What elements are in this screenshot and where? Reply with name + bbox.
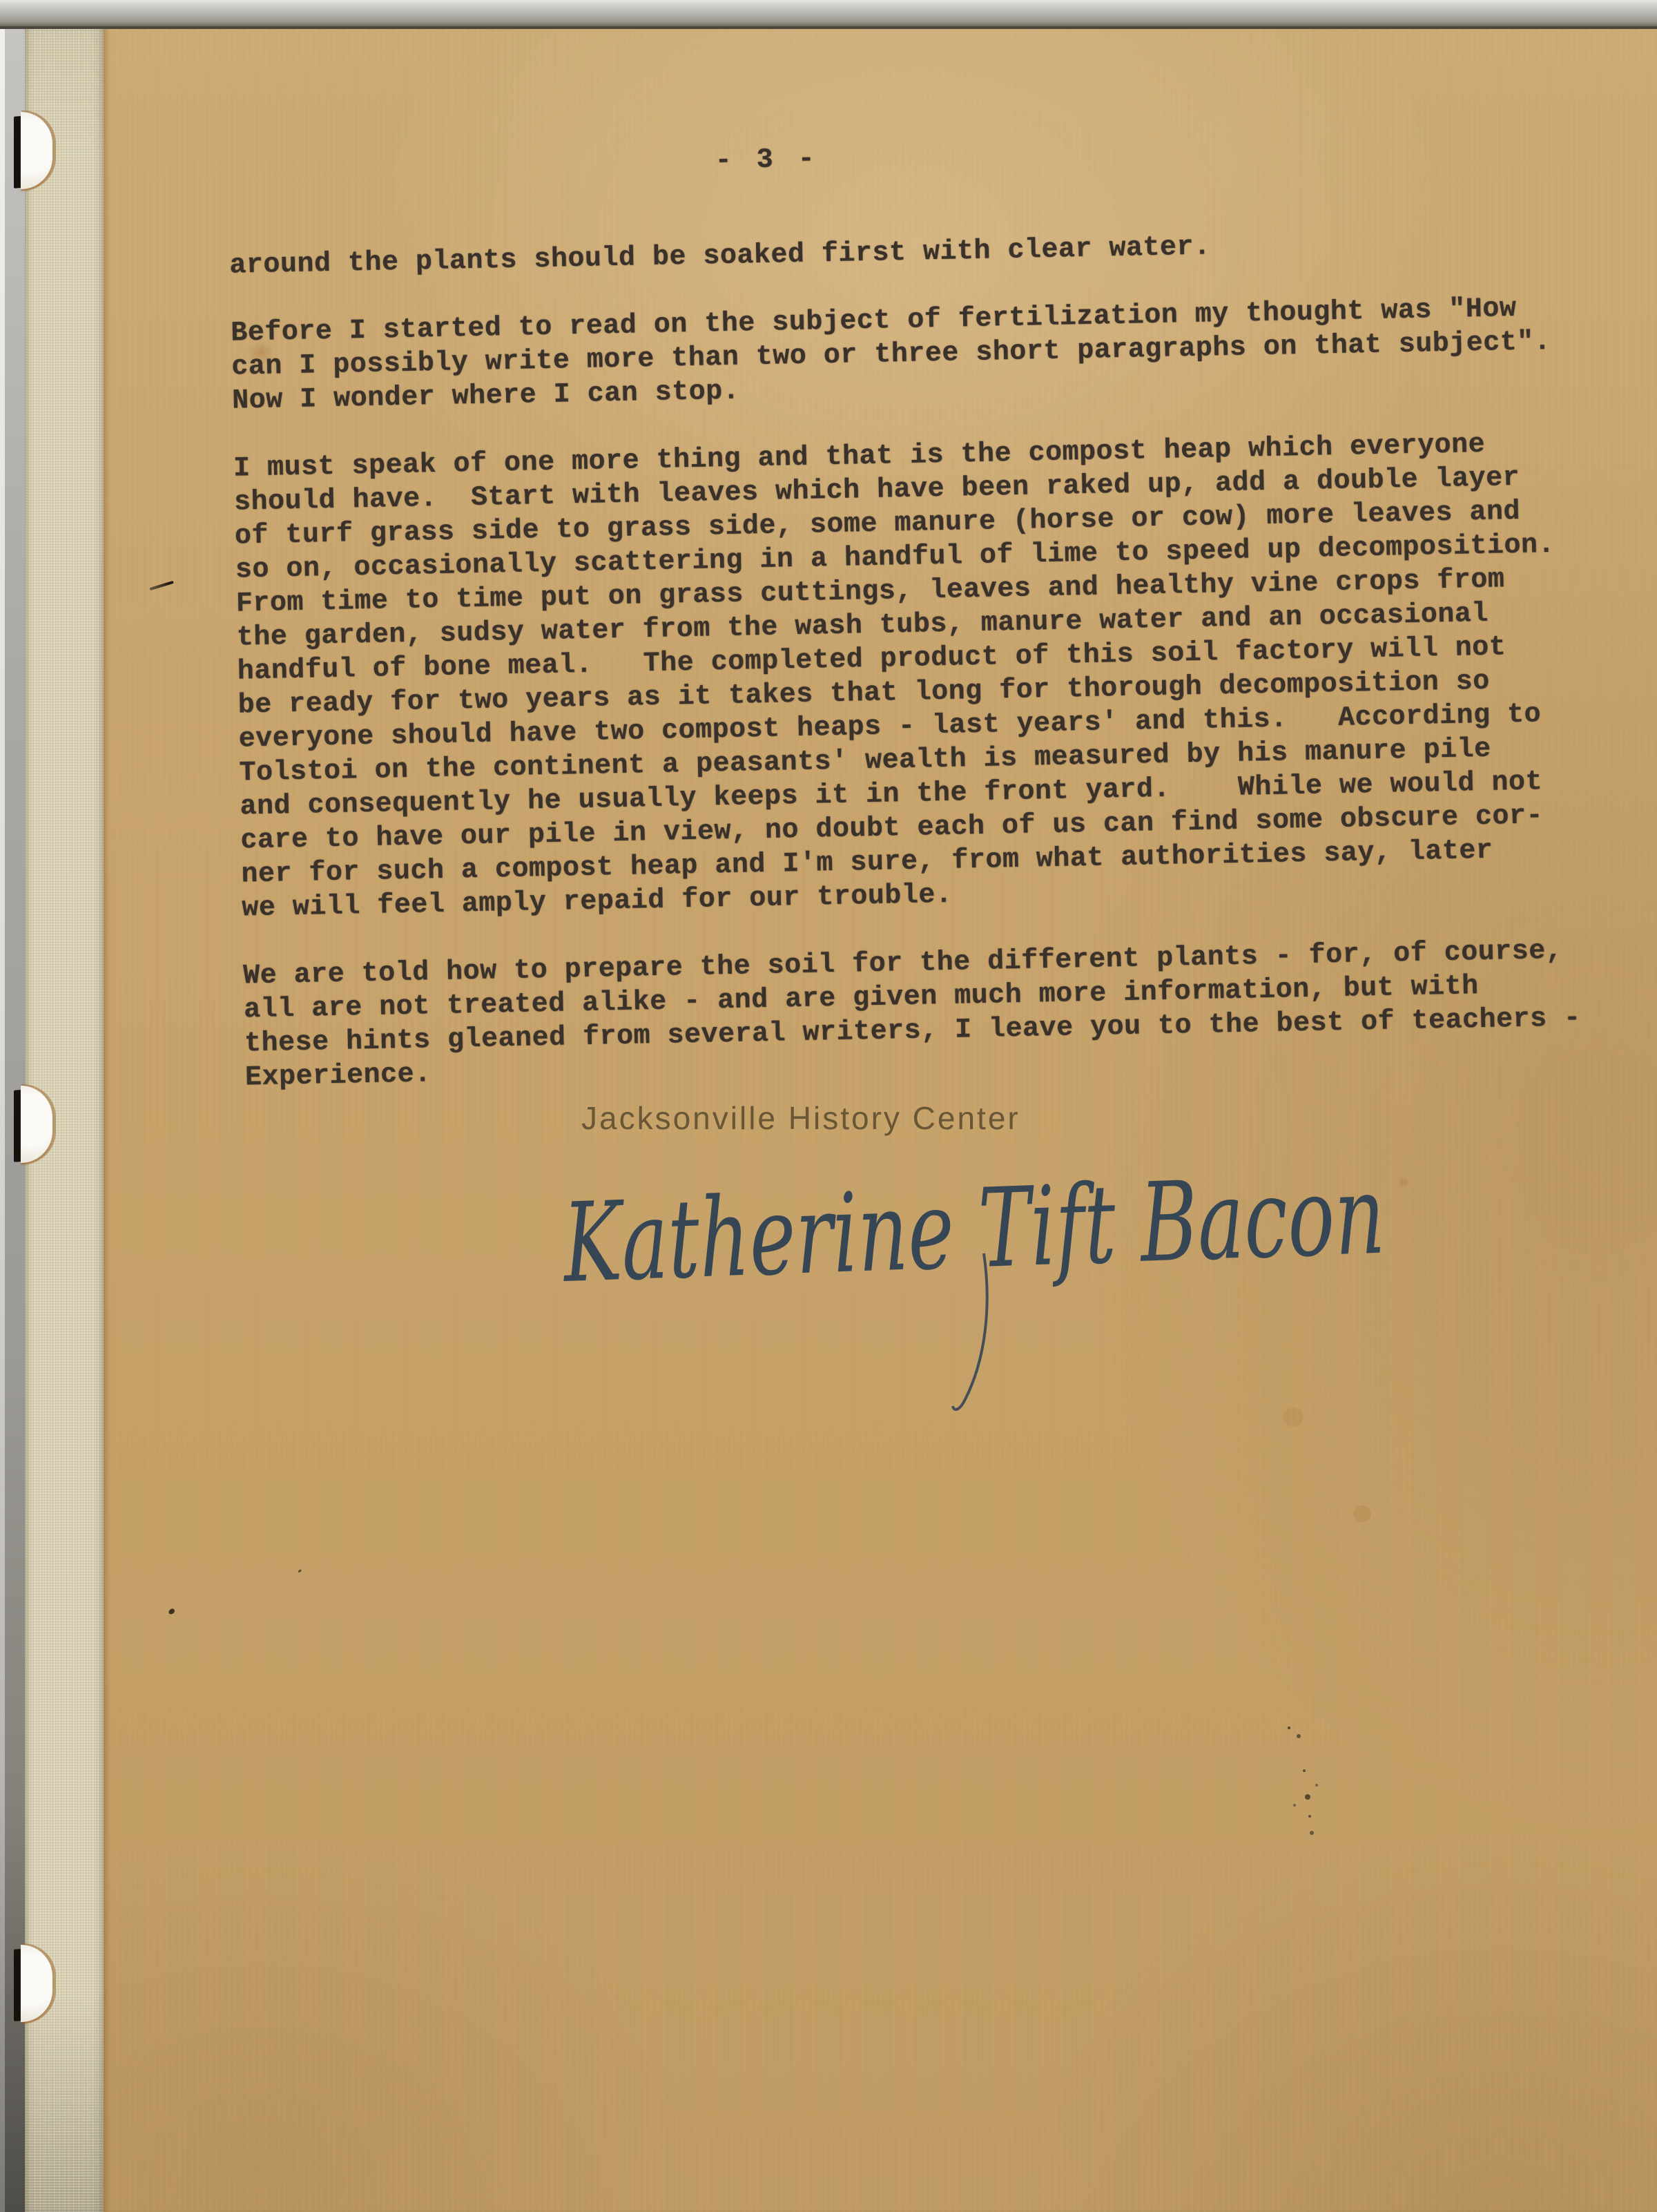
punch-hole-middle [14,1086,52,1163]
typed-text-block: - 3 - around the plants should be soaked… [229,222,1634,1128]
signature-text: Katherine Tift Bacon [560,1152,1387,1307]
punch-hole-opening [21,1086,52,1163]
punch-hole-opening [21,1945,52,2022]
punch-hole-top [14,112,52,189]
paragraph-3: I must speak of one more thing and that … [233,425,1630,925]
paragraph-4: We are told how to prepare the soil for … [243,933,1633,1095]
paragraph-2: Before I started to read on the subject … [231,290,1620,419]
ink-specks [1288,1727,1290,1729]
binder-top-edge [0,0,1657,29]
punch-hole-opening [21,112,52,189]
page-number: - 3 - [715,142,819,178]
signature: Katherine Tift Bacon [525,1077,1491,1450]
punch-hole-bottom [14,1945,52,2022]
